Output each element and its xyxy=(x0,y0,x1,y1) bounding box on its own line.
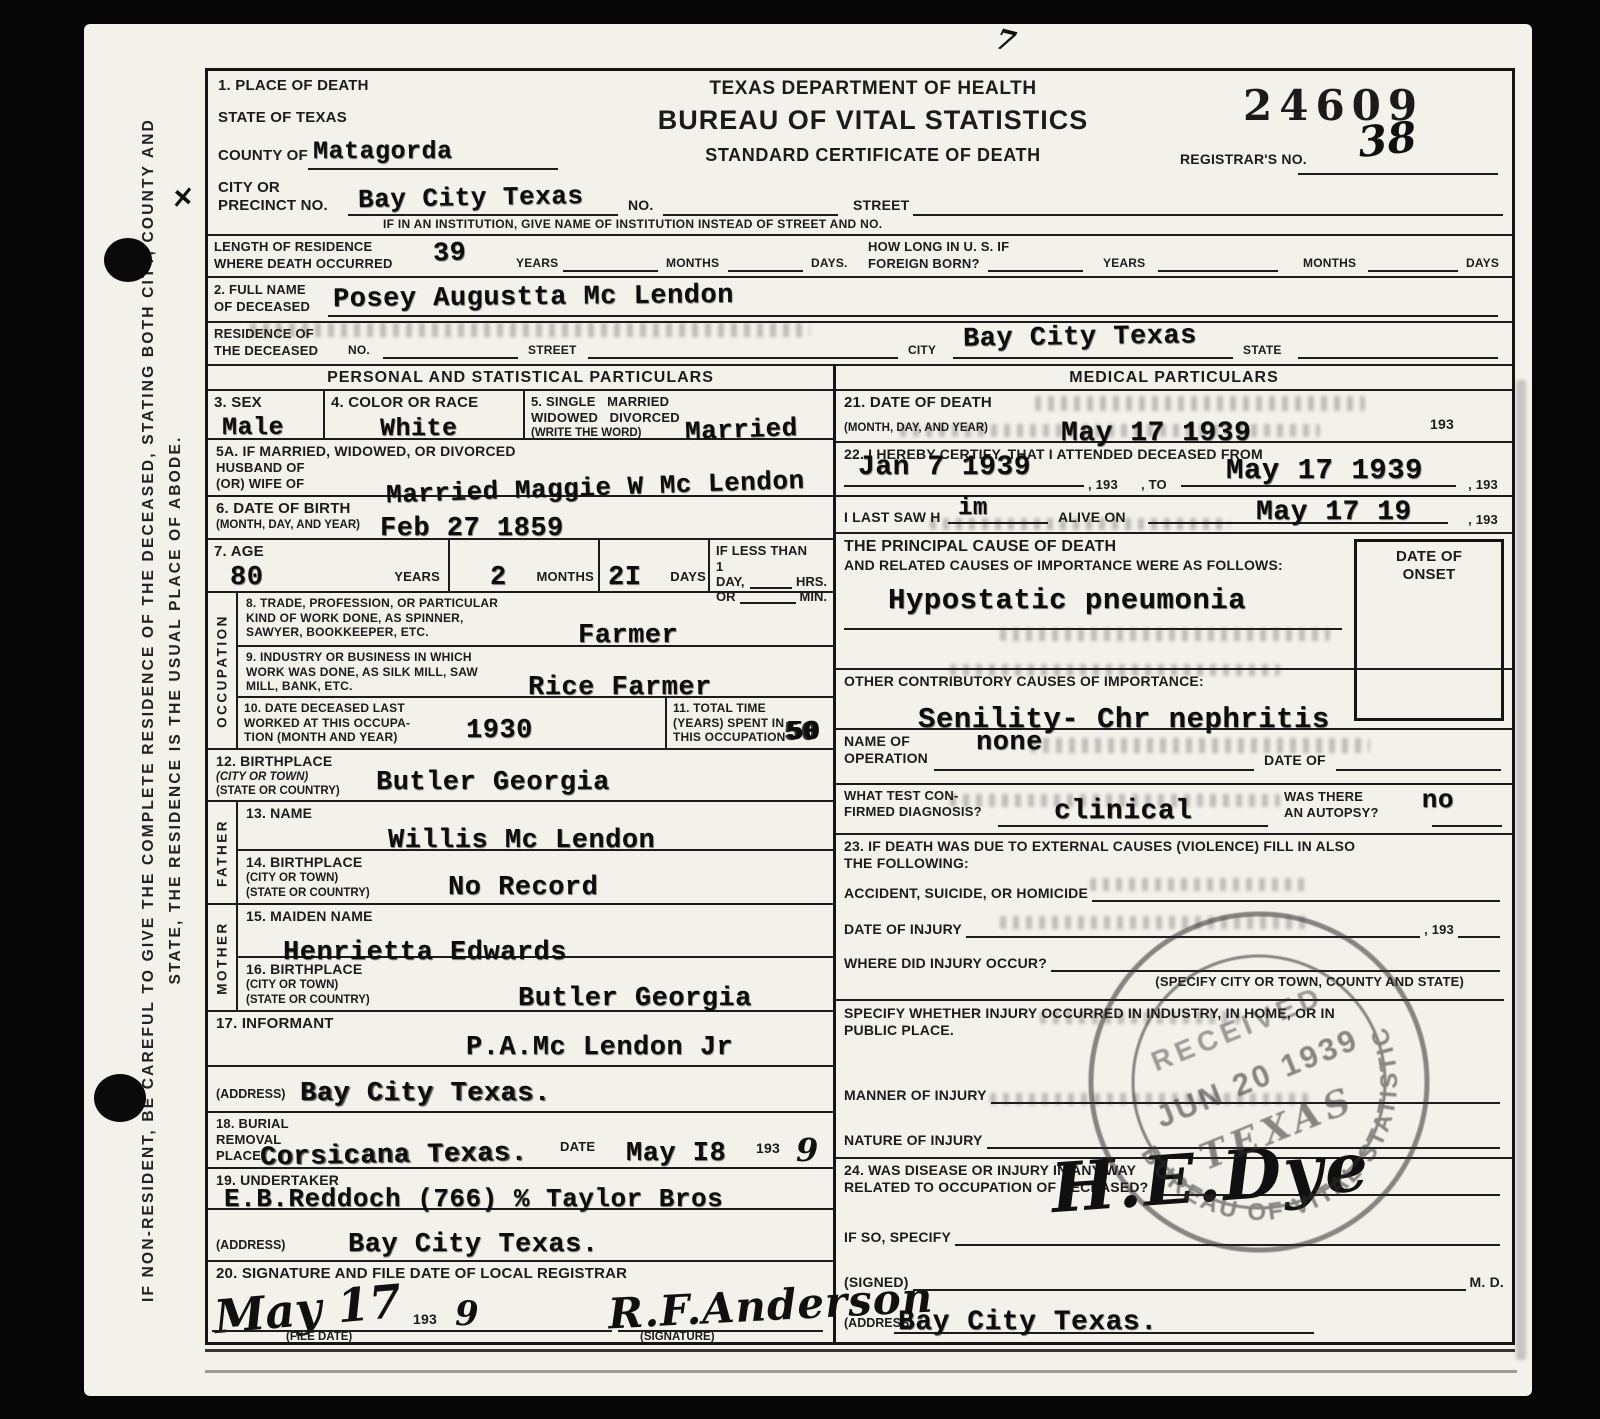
full-name-label1: 2. FULL NAME xyxy=(214,282,306,298)
field-accident-suicide-homicide: ACCIDENT, SUICIDE, OR HOMICIDE xyxy=(836,871,1512,910)
field-sex-race-marital: 3. SEX Male 4. COLOR OR RACE White 5. SI… xyxy=(208,391,833,440)
last-worked-label1: 10. DATE DECEASED LAST xyxy=(244,701,659,716)
medical-section-title: MEDICAL PARTICULARS xyxy=(836,366,1512,391)
full-name-value: Posey Augustta Mc Lendon xyxy=(333,281,734,315)
state-of-texas-label: STATE OF TEXAS xyxy=(218,109,347,127)
field-father-birthplace: 14. BIRTHPLACE (CITY OR TOWN) (STATE OR … xyxy=(238,851,833,903)
operation-date-label: DATE OF xyxy=(1264,752,1326,769)
no-label: NO. xyxy=(628,197,654,214)
attended-to-label: , TO xyxy=(1141,477,1167,493)
us-label2: FOREIGN BORN? xyxy=(868,256,980,272)
registrar-year-pre: 193 xyxy=(413,1311,437,1328)
us-months-label: MONTHS xyxy=(1303,256,1356,271)
field-burial: 18. BURIAL REMOVAL PLACE Corsicana Texas… xyxy=(208,1113,833,1169)
blank-line xyxy=(728,270,803,272)
race-value: White xyxy=(380,414,458,443)
blank-line xyxy=(212,1330,612,1332)
punch-hole-bottom xyxy=(94,1074,146,1122)
maiden-name-value: Henrietta Edwards xyxy=(283,938,567,968)
burial-place-value: Corsicana Texas. xyxy=(260,1139,528,1174)
last-saw-year: , 193 xyxy=(1468,512,1498,528)
md-label: M. D. xyxy=(1470,1274,1504,1291)
blank-line xyxy=(1368,270,1458,272)
registrar-year-hand: 9 xyxy=(455,1294,479,1334)
personal-column: PERSONAL AND STATISTICAL PARTICULARS 3. … xyxy=(208,366,836,1342)
age-years-value: 80 xyxy=(230,563,263,593)
mother-birthplace-value: Butler Georgia xyxy=(518,984,752,1014)
us-label1: HOW LONG IN U. S. IF xyxy=(868,239,1009,255)
undertaker-value: E.B.Reddoch (766) % Taylor Bros xyxy=(224,1184,723,1214)
industry-value: Rice Farmer xyxy=(528,673,712,703)
field-sex: 3. SEX Male xyxy=(208,391,323,438)
res-street-label: STREET xyxy=(528,343,577,358)
field-race: 4. COLOR OR RACE White xyxy=(323,391,523,438)
trade-label1: 8. TRADE, PROFESSION, OR PARTICULAR xyxy=(246,596,825,611)
county-value: Matagorda xyxy=(313,137,453,166)
father-birthplace-value: No Record xyxy=(448,873,598,903)
last-saw-him-value: im xyxy=(958,495,988,522)
father-name-value: Willis Mc Lendon xyxy=(388,826,655,856)
field-physician-signed: (SIGNED) M. D. xyxy=(836,1256,1512,1301)
autopsy-label1: WAS THERE xyxy=(1284,789,1363,805)
field-specify-injury-location: SPECIFY WHETHER INJURY OCCURRED IN INDUS… xyxy=(836,996,1512,1059)
sex-value: Male xyxy=(222,413,284,442)
blank-line xyxy=(588,357,898,359)
date-of-death-year: 193 xyxy=(1430,416,1454,433)
undertaker-address-label: (ADDRESS) xyxy=(216,1238,285,1254)
days-label: DAYS. xyxy=(811,256,848,271)
industry-label1: 9. INDUSTRY OR BUSINESS IN WHICH xyxy=(246,650,825,665)
full-name-label2: OF DECEASED xyxy=(214,299,310,315)
scanned-death-certificate: IF NON-RESIDENT, BE CAREFUL TO GIVE THE … xyxy=(0,0,1600,1419)
blank-line xyxy=(383,357,518,359)
blank-line xyxy=(1432,825,1502,827)
sex-label: 3. SEX xyxy=(214,394,317,412)
blank-line xyxy=(1158,270,1278,272)
date-of-death-sublabel: (MONTH, DAY, AND YEAR) xyxy=(844,421,988,435)
attended-to-value: May 17 1939 xyxy=(1226,454,1423,487)
blank-line xyxy=(991,1097,1500,1104)
field-registrar-signature: 20. SIGNATURE AND FILE DATE OF LOCAL REG… xyxy=(208,1262,833,1342)
date-of-injury-year: , 193 xyxy=(1424,922,1454,938)
field-informant-address: (ADDRESS) Bay City Texas. xyxy=(208,1067,833,1113)
margin-instruction-line1: IF NON-RESIDENT, BE CAREFUL TO GIVE THE … xyxy=(140,118,158,1302)
header-titles: TEXAS DEPARTMENT OF HEALTH BUREAU OF VIT… xyxy=(608,77,1138,167)
age-years-label: YEARS xyxy=(394,569,440,585)
test-value: clinical xyxy=(1054,796,1192,827)
last-worked-label3: TION (MONTH AND YEAR) xyxy=(244,730,659,745)
field-industry: 9. INDUSTRY OR BUSINESS IN WHICH WORK WA… xyxy=(238,647,833,698)
blank-line xyxy=(913,214,1503,216)
street-label: STREET xyxy=(853,197,909,214)
blank-line xyxy=(1298,357,1498,359)
last-worked-cell: 10. DATE DECEASED LAST WORKED AT THIS OC… xyxy=(238,698,665,748)
informant-value: P.A.Mc Lendon Jr xyxy=(466,1033,733,1063)
punch-hole-top xyxy=(104,238,152,282)
the-deceased-label: THE DECEASED xyxy=(214,343,318,359)
marital-divorced-label: DIVORCED xyxy=(610,410,680,425)
particulars-columns: PERSONAL AND STATISTICAL PARTICULARS 3. … xyxy=(208,366,1512,1342)
field-operation: NAME OF OPERATION none DATE OF xyxy=(836,730,1512,785)
principal-cause-value: Hypostatic pneumonia xyxy=(888,584,1246,617)
mother-vertical-label: MOTHER xyxy=(208,905,238,1010)
burial-date-label: DATE xyxy=(560,1139,595,1155)
trade-label3: SAWYER, BOOKKEEPER, ETC. xyxy=(246,625,825,640)
field-mother-maiden-name: 15. MAIDEN NAME Henrietta Edwards xyxy=(238,905,833,958)
father-vertical-label: FATHER xyxy=(208,802,238,903)
length-residence-label1: LENGTH OF RESIDENCE xyxy=(214,239,372,255)
field-undertaker: 19. UNDERTAKER E.B.Reddoch (766) % Taylo… xyxy=(208,1169,833,1210)
informant-address-label: (ADDRESS) xyxy=(216,1087,285,1103)
attended-year2: , 193 xyxy=(1468,477,1498,493)
field-length-of-residence: LENGTH OF RESIDENCE WHERE DEATH OCCURRED… xyxy=(208,236,1512,278)
last-worked-label2: WORKED AT THIS OCCUPA- xyxy=(244,716,659,731)
pen-mark-top: 7 xyxy=(992,22,1019,59)
us-days-label: DAYS xyxy=(1466,256,1499,271)
certificate-form: 1. PLACE OF DEATH STATE OF TEXAS COUNTY … xyxy=(205,68,1515,1345)
specify-injury-label2: PUBLIC PLACE. xyxy=(844,1022,1504,1039)
scan-shadow xyxy=(1516,380,1526,1360)
blank-line xyxy=(988,270,1083,272)
total-time-value: 50 xyxy=(786,718,819,748)
trade-value: Farmer xyxy=(578,621,678,651)
dob-value: Feb 27 1859 xyxy=(380,514,564,544)
attended-year1: , 193 xyxy=(1088,477,1118,493)
mother-group: MOTHER 15. MAIDEN NAME Henrietta Edwards… xyxy=(208,905,833,1012)
length-residence-years-value: 39 xyxy=(432,238,466,269)
blank-line xyxy=(955,1239,1500,1246)
less-than-label: IF LESS THAN xyxy=(716,543,827,559)
external-causes-label1: 23. IF DEATH WAS DUE TO EXTERNAL CAUSES … xyxy=(844,838,1504,855)
father-name-label: 13. NAME xyxy=(246,805,825,822)
field-external-causes: 23. IF DEATH WAS DUE TO EXTERNAL CAUSES … xyxy=(836,835,1512,871)
total-time-cell: 11. TOTAL TIME (YEARS) SPENT IN THIS OCC… xyxy=(665,698,833,748)
res-no-label: NO. xyxy=(348,343,370,358)
informant-address-value: Bay City Texas. xyxy=(300,1079,551,1109)
field-birthplace: 12. BIRTHPLACE (CITY OR TOWN) (STATE OR … xyxy=(208,750,833,802)
institution-note: IF IN AN INSTITUTION, GIVE NAME OF INSTI… xyxy=(383,217,882,232)
blank-line xyxy=(618,1330,823,1332)
certificate-title: STANDARD CERTIFICATE OF DEATH xyxy=(608,145,1138,167)
burial-date-value: May I8 xyxy=(626,1139,726,1169)
operation-value: none xyxy=(976,728,1043,758)
city-precinct-value: Bay City Texas xyxy=(358,181,584,215)
last-saw-label: I LAST SAW H xyxy=(844,509,941,526)
blank-line xyxy=(948,522,1048,524)
undertaker-address-value: Bay City Texas. xyxy=(348,1230,599,1260)
date-of-onset-box: DATE OF ONSET xyxy=(1354,539,1504,721)
field-physician-address: (ADDRESS) Bay City Texas. xyxy=(836,1301,1512,1342)
age-months-cell: 2 MONTHS xyxy=(448,540,598,591)
accident-label: ACCIDENT, SUICIDE, OR HOMICIDE xyxy=(844,885,1088,902)
residence-of-label: RESIDENCE OF xyxy=(214,326,314,342)
marital-value: Married xyxy=(685,413,799,447)
one-day-label: 1 DAY, xyxy=(716,559,746,589)
blank-line xyxy=(563,270,658,272)
bureau-title: BUREAU OF VITAL STATISTICS xyxy=(608,104,1138,137)
total-time-label1: 11. TOTAL TIME xyxy=(673,701,827,716)
us-years-label: YEARS xyxy=(1103,256,1145,271)
blank-line xyxy=(1336,769,1501,771)
res-city-label: CITY xyxy=(908,343,936,358)
date-of-death-value: May 17 1939 xyxy=(1061,418,1251,449)
trade-label2: KIND OF WORK DONE, AS SPINNER, xyxy=(246,611,825,626)
age-months-value: 2 xyxy=(490,563,507,593)
age-days-value: 2I xyxy=(608,563,641,593)
field-test-autopsy: WHAT TEST CON- FIRMED DIAGNOSIS? clinica… xyxy=(836,785,1512,835)
blank-line xyxy=(844,485,1084,487)
blank-line xyxy=(1458,931,1500,938)
blank-line xyxy=(663,214,838,216)
age-days-label: DAYS xyxy=(670,569,706,585)
field-age: 7. AGE 80 YEARS 2 MONTHS 2I DAYS xyxy=(208,540,833,593)
occupation-group: OCCUPATION 8. TRADE, PROFESSION, OR PART… xyxy=(208,593,833,750)
field-marital-status: 5. SINGLE MARRIED WIDOWED DIVORCED (WRIT… xyxy=(523,391,833,438)
age-days-cell: 2I DAYS xyxy=(598,540,708,591)
burial-label1: 18. BURIAL xyxy=(216,1116,825,1132)
field-where-injury: WHERE DID INJURY OCCUR? (SPECIFY CITY OR… xyxy=(836,946,1512,996)
blank-line xyxy=(934,769,1254,771)
marital-widowed-label: WIDOWED xyxy=(531,410,598,425)
certificate-paper: IF NON-RESIDENT, BE CAREFUL TO GIVE THE … xyxy=(84,24,1532,1396)
specify-injury-label1: SPECIFY WHETHER INJURY OCCURRED IN INDUS… xyxy=(836,999,1504,1022)
race-label: 4. COLOR OR RACE xyxy=(331,394,517,412)
date-of-injury-label: DATE OF INJURY xyxy=(844,921,962,938)
nature-of-injury-label: NATURE OF INJURY xyxy=(844,1132,983,1149)
field-manner-of-injury: MANNER OF INJURY xyxy=(836,1059,1512,1114)
blank-line xyxy=(913,1284,1466,1291)
where-injury-caption: (SPECIFY CITY OR TOWN, COUNTY AND STATE) xyxy=(844,974,1504,990)
age-years-cell: 7. AGE 80 YEARS xyxy=(208,540,448,591)
months-label: MONTHS xyxy=(666,256,719,271)
marital-married-label: MARRIED xyxy=(607,394,669,409)
personal-section-title: PERSONAL AND STATISTICAL PARTICULARS xyxy=(208,366,833,391)
res-city-value: Bay City Texas xyxy=(963,321,1197,354)
birthplace-value: Butler Georgia xyxy=(376,768,610,798)
place-of-death-label: 1. PLACE OF DEATH xyxy=(218,77,369,95)
marital-single-label: 5. SINGLE xyxy=(531,394,596,409)
signed-label: (SIGNED) xyxy=(844,1274,909,1291)
field-father-name: 13. NAME Willis Mc Lendon xyxy=(238,802,833,851)
field-date-of-death: 21. DATE OF DEATH (MONTH, DAY, AND YEAR)… xyxy=(836,391,1512,443)
field-spouse: 5A. IF MARRIED, WIDOWED, OR DIVORCED HUS… xyxy=(208,440,833,497)
date-of-death-label: 21. DATE OF DEATH xyxy=(844,394,1504,412)
department-title: TEXAS DEPARTMENT OF HEALTH xyxy=(608,77,1138,100)
manner-of-injury-label: MANNER OF INJURY xyxy=(844,1087,987,1104)
occupation-vertical-label: OCCUPATION xyxy=(208,593,238,748)
father-group: FATHER 13. NAME Willis Mc Lendon 14. BIR… xyxy=(208,802,833,905)
field-informant: 17. INFORMANT P.A.Mc Lendon Jr xyxy=(208,1012,833,1067)
alive-on-label: ALIVE ON xyxy=(1058,509,1126,526)
blank-line xyxy=(953,357,1233,359)
margin-instruction-line2: STATE, THE RESIDENCE IS THE USUAL PLACE … xyxy=(167,436,185,985)
county-label: COUNTY OF xyxy=(218,147,308,165)
external-causes-label2: THE FOLLOWING: xyxy=(844,855,1504,872)
age-months-label: MONTHS xyxy=(536,569,594,585)
attended-from-value: Jan 7 1939 xyxy=(858,452,1031,483)
spouse-label1: 5A. IF MARRIED, WIDOWED, OR DIVORCED xyxy=(216,443,825,460)
burial-year-pre: 193 xyxy=(756,1140,780,1157)
field-undertaker-address: (ADDRESS) Bay City Texas. xyxy=(208,1210,833,1262)
registrar-no-value: 38 xyxy=(1356,112,1419,167)
onset-label1: DATE OF xyxy=(1357,548,1501,566)
physician-address-value: Bay City Texas. xyxy=(898,1307,1158,1338)
blank-line xyxy=(1051,965,1500,972)
cause-of-death-block: DATE OF ONSET THE PRINCIPAL CAUSE OF DEA… xyxy=(836,534,1512,730)
field-full-name: 2. FULL NAME OF DECEASED Posey Augustta … xyxy=(208,278,1512,323)
length-residence-label2: WHERE DEATH OCCURRED xyxy=(214,256,393,272)
field-deceased-residence: RESIDENCE OF THE DECEASED NO. STREET CIT… xyxy=(208,323,1512,366)
onset-label2: ONSET xyxy=(1357,566,1501,584)
burial-year-hand: 9 xyxy=(796,1131,818,1169)
where-injury-label: WHERE DID INJURY OCCUR? xyxy=(844,955,1047,972)
father-birthplace-label: 14. BIRTHPLACE xyxy=(246,854,825,871)
blank-line xyxy=(328,315,1498,317)
registrar-signature-label: 20. SIGNATURE AND FILE DATE OF LOCAL REG… xyxy=(216,1265,825,1283)
operation-label2: OPERATION xyxy=(844,750,1504,767)
blank-line xyxy=(308,168,558,170)
age-less-than-day-cell: IF LESS THAN 1 DAY,HRS. ORMIN. xyxy=(708,540,833,591)
res-state-label: STATE xyxy=(1243,343,1282,358)
city-or-label: CITY OR xyxy=(218,179,280,197)
field-if-so-specify: IF SO, SPECIFY xyxy=(836,1216,1512,1256)
field-last-saw-alive: I LAST SAW H im ALIVE ON May 17 19 , 193 xyxy=(836,497,1512,534)
precinct-no-label: PRECINCT NO. xyxy=(218,197,328,215)
years-label: YEARS xyxy=(516,256,558,271)
bottom-double-rule xyxy=(205,1349,1515,1352)
registrar-no-label: REGISTRAR'S NO. xyxy=(1180,151,1307,168)
last-worked-value: 1930 xyxy=(466,716,533,746)
medical-column: MEDICAL PARTICULARS 21. DATE OF DEATH (M… xyxy=(836,366,1512,1342)
blank-line xyxy=(1092,895,1500,902)
field-trade: 8. TRADE, PROFESSION, OR PARTICULAR KIND… xyxy=(238,593,833,647)
blank-line xyxy=(1298,173,1498,175)
blank-line xyxy=(844,628,1342,630)
header-block: 1. PLACE OF DEATH STATE OF TEXAS COUNTY … xyxy=(208,71,1512,236)
hrs-label: HRS. xyxy=(796,574,827,589)
blank-line xyxy=(966,931,1420,938)
maiden-name-label: 15. MAIDEN NAME xyxy=(246,908,825,925)
informant-label: 17. INFORMANT xyxy=(216,1015,825,1033)
last-saw-date-value: May 17 19 xyxy=(1256,497,1412,528)
bottom-gray-rule xyxy=(205,1370,1517,1373)
field-date-of-injury: DATE OF INJURY , 193 xyxy=(836,910,1512,946)
field-attended-from: 22. I HEREBY CERTIFY, THAT I ATTENDED DE… xyxy=(836,443,1512,497)
if-so-specify-label: IF SO, SPECIFY xyxy=(844,1229,951,1246)
blank-line xyxy=(750,582,792,589)
field-last-worked: 10. DATE DECEASED LAST WORKED AT THIS OC… xyxy=(238,698,833,748)
autopsy-value: no xyxy=(1422,785,1454,815)
age-label: 7. AGE xyxy=(214,543,442,561)
autopsy-label2: AN AUTOPSY? xyxy=(1284,805,1379,821)
